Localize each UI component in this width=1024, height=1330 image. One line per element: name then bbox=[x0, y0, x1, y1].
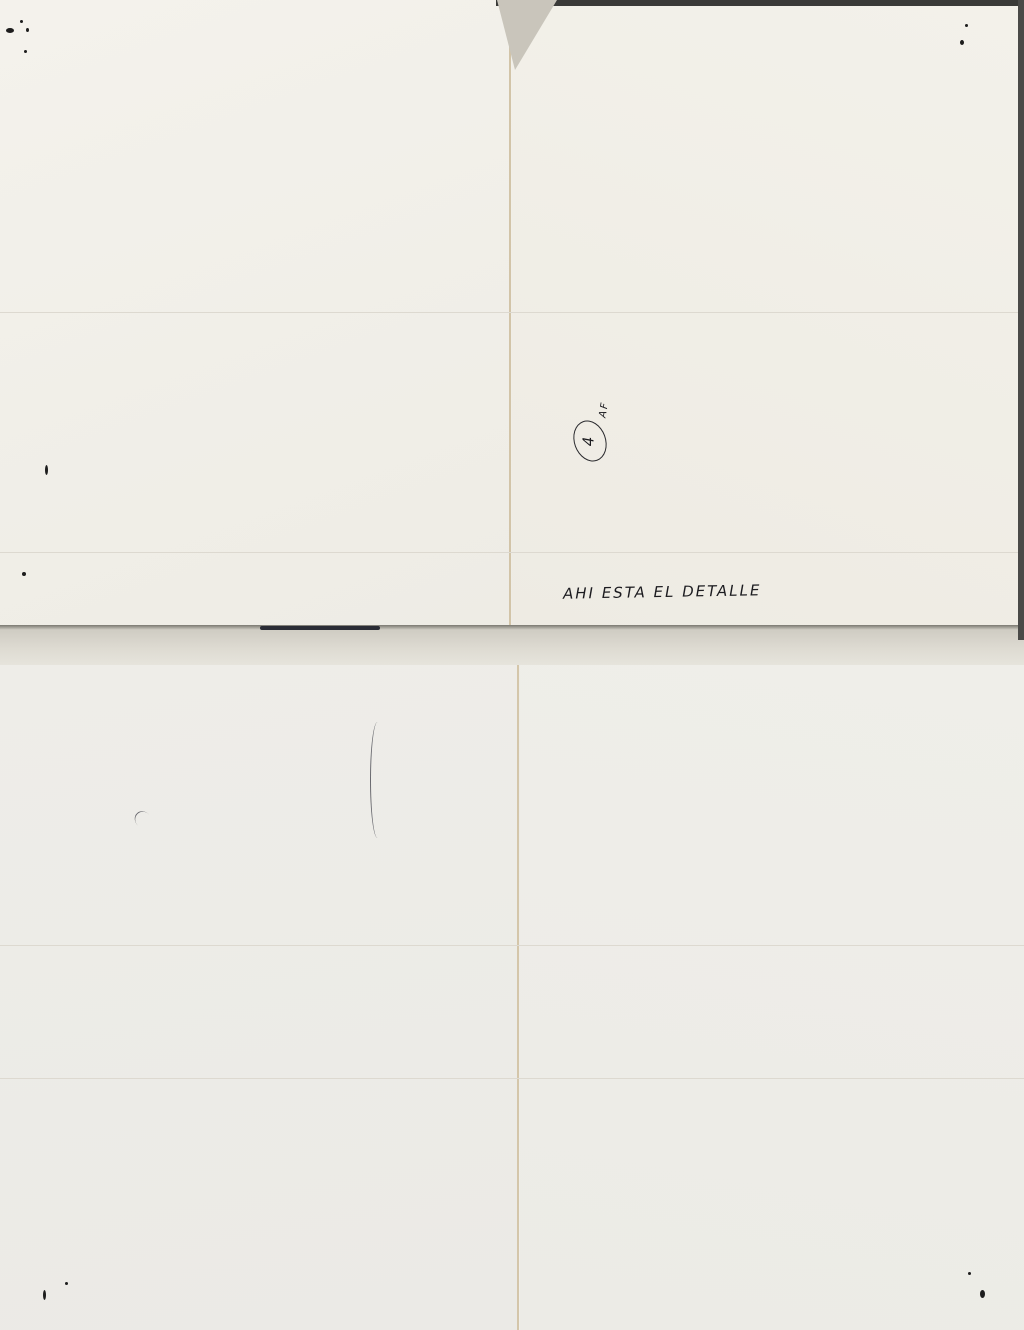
faint-crease bbox=[0, 312, 1024, 313]
ink-speck bbox=[65, 1282, 68, 1285]
faint-crease bbox=[0, 552, 1024, 553]
pen-stroke bbox=[370, 722, 385, 838]
ink-speck bbox=[6, 28, 14, 33]
quadrant-bottom-right bbox=[520, 662, 1024, 1330]
ink-speck bbox=[26, 28, 29, 32]
vertical-crease-top bbox=[509, 40, 511, 625]
faint-crease bbox=[0, 1078, 1024, 1079]
circled-number: 4 bbox=[580, 435, 598, 447]
torn-corner-flap bbox=[497, 0, 557, 70]
ink-speck bbox=[22, 572, 26, 576]
handwritten-note: AHI ESTA EL DETALLE bbox=[563, 581, 762, 602]
quadrant-bottom-left bbox=[0, 662, 518, 1330]
quadrant-top-right bbox=[512, 6, 1018, 625]
background-surface bbox=[496, 0, 1024, 6]
horizontal-fold bbox=[0, 625, 1024, 665]
poster-back: AHI ESTA EL DETALLE 4 AF bbox=[0, 0, 1024, 1330]
ink-speck bbox=[24, 50, 27, 53]
vertical-crease-bottom bbox=[517, 665, 519, 1330]
faint-crease bbox=[0, 945, 1024, 946]
ink-speck bbox=[960, 40, 964, 45]
ink-speck bbox=[45, 465, 48, 475]
background-surface bbox=[1018, 0, 1024, 640]
ink-speck bbox=[968, 1272, 971, 1275]
ink-speck bbox=[43, 1290, 46, 1300]
ink-speck bbox=[20, 20, 23, 23]
ink-smudge bbox=[260, 626, 380, 630]
ink-speck bbox=[965, 24, 968, 27]
ink-speck bbox=[980, 1290, 985, 1298]
